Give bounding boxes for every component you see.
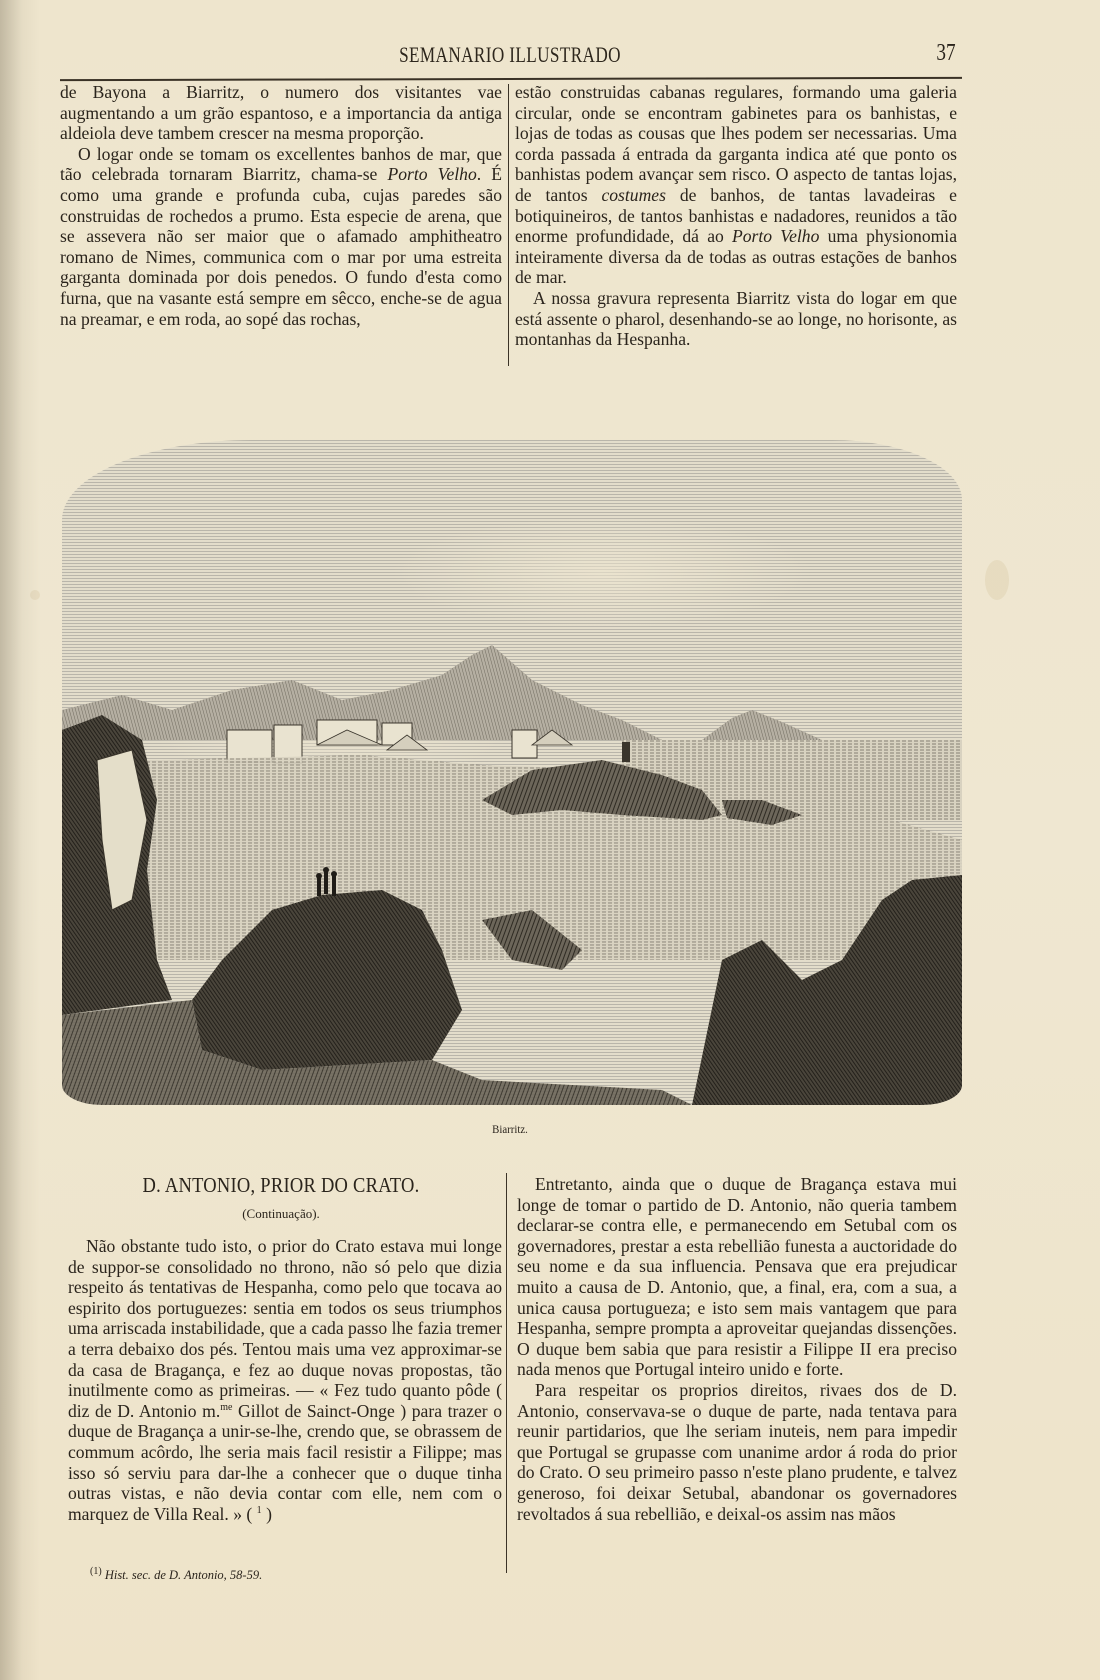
newspaper-page: SEMANARIO ILLUSTRADO 37 de Bayona a Biar… — [0, 0, 1100, 1680]
continuation-note: (Continuação). — [60, 1206, 502, 1222]
running-title: SEMANARIO ILLUSTRADO — [159, 42, 861, 68]
illustration-caption: Biarritz. — [51, 1122, 969, 1137]
article-left-column: Não obstante tudo isto, o prior do Crato… — [68, 1236, 502, 1524]
text-run: . É como uma grande e profunda cuba, cuj… — [60, 164, 502, 328]
paragraph: estão construidas cabanas regulares, for… — [515, 82, 957, 288]
top-left-column: de Bayona a Biarritz, o numero dos visit… — [60, 82, 502, 329]
paragraph: Para respeitar os proprios direitos, riv… — [517, 1380, 957, 1524]
paragraph: de Bayona a Biarritz, o numero dos visit… — [60, 82, 502, 144]
column-divider — [508, 84, 509, 366]
column-divider — [506, 1173, 507, 1573]
text-run: ) — [262, 1504, 272, 1524]
paragraph: A nossa gravura representa Biarritz vist… — [515, 288, 957, 350]
footnote-text: Hist. sec. de D. Antonio, 58-59. — [105, 1568, 262, 1582]
paragraph: Entretanto, ainda que o duque de Braganç… — [517, 1174, 957, 1380]
landscape-illustration — [62, 440, 962, 1105]
paper-stain — [985, 560, 1009, 600]
italic-text: Porto Velho — [387, 164, 476, 184]
italic-text: Porto Velho — [732, 226, 819, 246]
page-number: 37 — [936, 40, 955, 67]
paragraph: Não obstante tudo isto, o prior do Crato… — [68, 1236, 502, 1524]
footnote-number: 1 — [93, 1566, 98, 1577]
top-right-column: estão construidas cabanas regulares, for… — [515, 82, 957, 350]
article-title: D. ANTONIO, PRIOR DO CRATO. — [87, 1173, 476, 1198]
text-run: Não obstante tudo isto, o prior do Crato… — [68, 1236, 502, 1421]
italic-text: costumes — [601, 185, 666, 205]
superscript: me — [220, 1402, 232, 1413]
footnote: (1) Hist. sec. de D. Antonio, 58-59. — [90, 1566, 262, 1583]
article-right-column: Entretanto, ainda que o duque de Braganç… — [517, 1174, 957, 1524]
paper-stain — [30, 590, 40, 600]
header-rule — [60, 77, 962, 81]
page-header: SEMANARIO ILLUSTRADO 37 — [60, 38, 960, 68]
paragraph: O logar onde se tomam os excellentes ban… — [60, 144, 502, 329]
biarritz-engraving — [62, 440, 962, 1105]
footnote-mark: (1) — [90, 1566, 102, 1577]
